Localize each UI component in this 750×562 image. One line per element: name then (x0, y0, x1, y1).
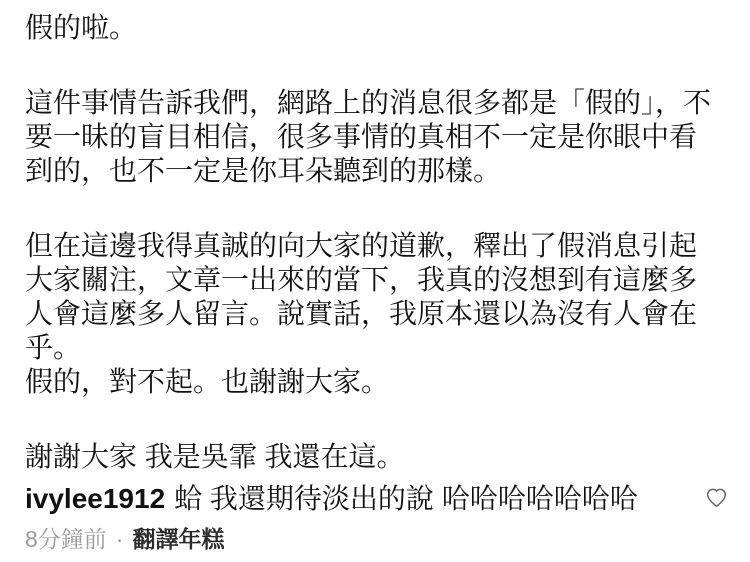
caption-line: 大家關注，文章一出來的當下，我真的沒想到有這麼多 (25, 263, 727, 297)
comment-timestamp: 8分鐘前 (25, 526, 107, 552)
post-caption: 假的啦。這件事情告訴我們，網路上的消息很多都是「假的」，不要一昧的盲目相信，很多… (25, 11, 727, 474)
like-button[interactable] (704, 486, 729, 510)
comment-meta-row: 8分鐘前 · 翻譯年糕 (25, 526, 727, 552)
caption-line (25, 188, 727, 229)
heart-outline-icon (704, 486, 729, 510)
comment-username[interactable]: ivylee1912 (25, 483, 165, 514)
comment-body: 蛤 我還期待淡出的說 哈哈哈哈哈哈哈 (174, 483, 638, 514)
caption-line: 假的，對不起。也謝謝大家。 (25, 365, 727, 399)
meta-separator-dot: · (116, 526, 124, 552)
comments-screen: 假的啦。這件事情告訴我們，網路上的消息很多都是「假的」，不要一昧的盲目相信，很多… (0, 0, 750, 562)
comment-text: ivylee1912蛤 我還期待淡出的說 哈哈哈哈哈哈哈 (25, 482, 694, 516)
caption-line (25, 399, 727, 440)
caption-line: 假的啦。 (25, 11, 727, 45)
caption-line: 這件事情告訴我們，網路上的消息很多都是「假的」，不 (25, 86, 727, 120)
caption-line (25, 45, 727, 86)
caption-line: 但在這邊我得真誠的向大家的道歉，釋出了假消息引起 (25, 229, 727, 263)
caption-line: 要一昧的盲目相信，很多事情的真相不一定是你眼中看 (25, 120, 727, 154)
caption-line: 謝謝大家 我是吳霏 我還在這。 (25, 440, 727, 474)
translate-button[interactable]: 翻譯年糕 (132, 526, 224, 552)
comment-row: ivylee1912蛤 我還期待淡出的說 哈哈哈哈哈哈哈 (25, 482, 727, 516)
caption-line: 人會這麼多人留言。說實話，我原本還以為沒有人會在 (25, 297, 727, 331)
caption-line: 到的，也不一定是你耳朵聽到的那樣。 (25, 154, 727, 188)
caption-line: 乎。 (25, 331, 727, 365)
